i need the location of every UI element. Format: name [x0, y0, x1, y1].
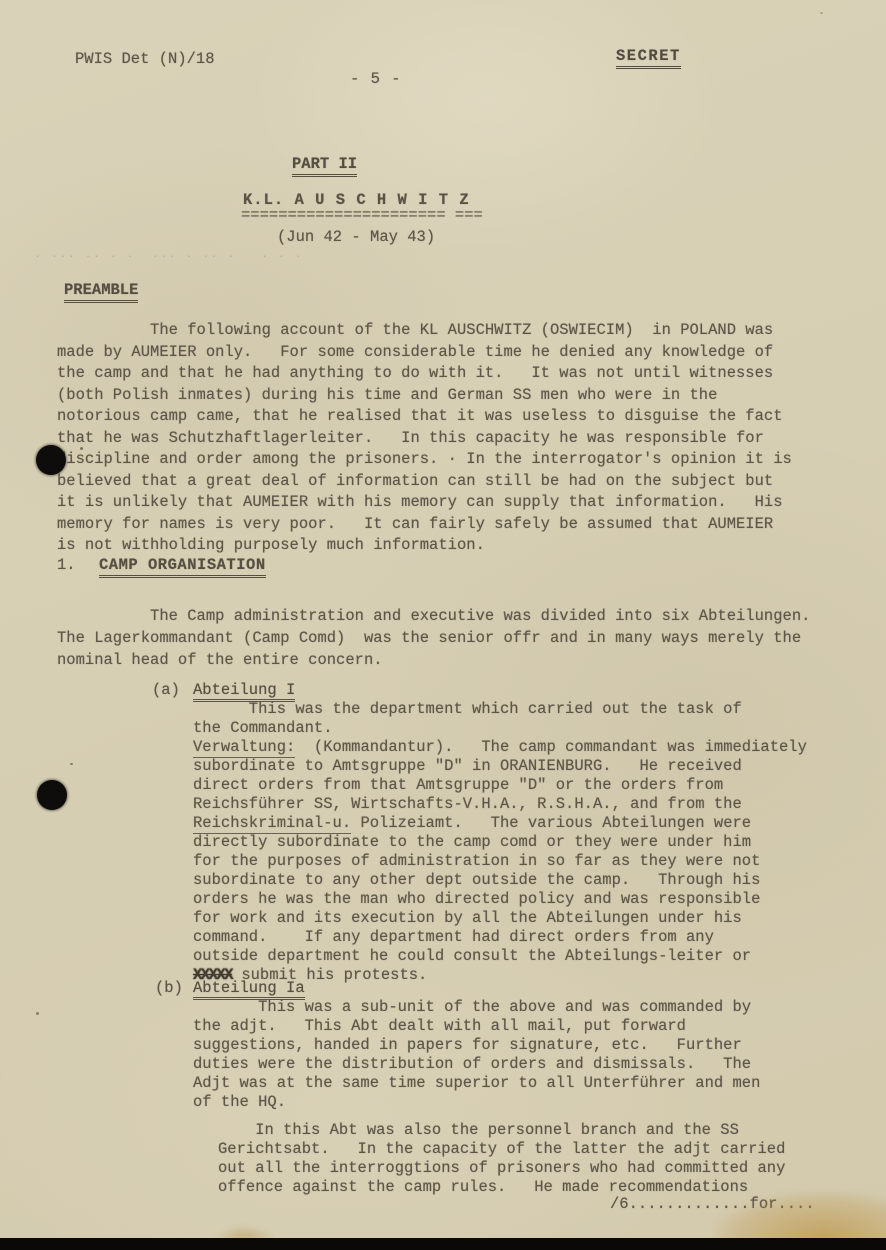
typed-line: for work and its execution by all the Ab… [193, 909, 807, 928]
subsection-b-heading: Abteilung Ia [193, 979, 305, 1000]
typed-line: Adjt was at the same time superior to al… [193, 1074, 760, 1093]
paper-stain [713, 1191, 886, 1243]
typed-line: Reichskriminal-u. Polizeiamt. The variou… [193, 814, 807, 833]
typed-line: In this Abt was also the personnel branc… [218, 1121, 785, 1140]
subsection-b-paragraph-2: In this Abt was also the personnel branc… [218, 1121, 785, 1197]
typed-line: directly subordinate to the camp comd or… [193, 833, 807, 852]
typed-line: command. If any department had direct or… [193, 928, 807, 947]
typed-line: outside department he could consult the … [193, 947, 807, 966]
typed-line: memory for names is very poor. It can fa… [57, 514, 792, 536]
typed-line: Reichsführer SS, Wirtschafts-V.H.A., R.S… [193, 795, 807, 814]
typed-line: subordinate to any other dept outside th… [193, 871, 807, 890]
typed-line: orders he was the man who directed polic… [193, 890, 807, 909]
bleed-through-dots: . ... .. . . ... . .. . . . . [35, 250, 304, 260]
camp-title-underline: ====================== === [241, 206, 483, 224]
typed-line: that he was Schutzhaftlagerleiter. In th… [57, 428, 792, 450]
classification-stamp: SECRET [616, 47, 681, 69]
page-number: - 5 - [350, 70, 402, 88]
paper-stain [215, 1225, 275, 1239]
subsection-a-heading: Abteilung I [193, 681, 295, 702]
typed-line: This was a sub-unit of the above and was… [193, 998, 760, 1017]
typed-line: duties were the distribution of orders a… [193, 1055, 760, 1074]
typed-line: out all the interroggtions of prisoners … [218, 1159, 785, 1178]
typed-line: of the HQ. [193, 1093, 760, 1112]
typed-line: The Camp administration and executive wa… [57, 605, 810, 627]
subsection-b-label: (b) [155, 979, 183, 997]
typed-line: (both Polish inmates) during his time an… [57, 385, 792, 407]
scan-edge-shadow [0, 1238, 886, 1250]
typed-line: direct orders from that Amtsgruppe "D" o… [193, 776, 807, 795]
paper-sheet: PWIS Det (N)/18 SECRET - 5 - PART II K.L… [0, 0, 886, 1239]
typed-line: nominal head of the entire concern. [57, 649, 810, 671]
typed-line: it is unlikely that AUMEIER with his mem… [57, 492, 792, 514]
typed-line: is not withholding purposely much inform… [57, 535, 792, 557]
typed-line: the camp and that he had anything to do … [57, 363, 792, 385]
typed-line: notorious camp came, that he realised th… [57, 406, 792, 428]
scanned-document-page: PWIS Det (N)/18 SECRET - 5 - PART II K.L… [0, 0, 886, 1250]
typed-line: The following account of the KL AUSCHWIT… [57, 320, 792, 342]
preamble-heading: PREAMBLE [64, 281, 138, 303]
section-intro-paragraph: The Camp administration and executive wa… [57, 605, 810, 671]
paper-speck [80, 447, 83, 450]
typed-line: the Commandant. [193, 719, 807, 738]
paper-speck [36, 1012, 39, 1015]
section-number: 1. [57, 556, 76, 574]
typed-line: the adjt. This Abt dealt with all mail, … [193, 1017, 760, 1036]
typed-line: This was the department which carried ou… [193, 700, 807, 719]
typed-line: made by AUMEIER only. For some considera… [57, 342, 792, 364]
typed-line: The Lagerkommandant (Camp Comd) was the … [57, 627, 810, 649]
typed-line: subordinate to Amtsgruppe "D" in ORANIEN… [193, 757, 807, 776]
hole-punch-mark [37, 780, 67, 810]
part-title: PART II [292, 155, 357, 177]
subsection-a-paragraph: This was the department which carried ou… [193, 700, 807, 985]
typed-line: Gerichtsabt. In the capacity of the latt… [218, 1140, 785, 1159]
date-range: (Jun 42 - May 43) [277, 228, 435, 246]
typed-line: believed that a great deal of informatio… [57, 471, 792, 493]
subsection-b-paragraph-1: This was a sub-unit of the above and was… [193, 998, 760, 1112]
paper-speck [820, 12, 823, 14]
typed-line: for the purposes of administration in so… [193, 852, 807, 871]
typed-line: suggestions, handed in papers for signat… [193, 1036, 760, 1055]
paper-speck [60, 540, 62, 542]
typed-line: discipline and order among the prisoners… [57, 449, 792, 471]
subsection-a-label: (a) [152, 681, 180, 699]
document-reference: PWIS Det (N)/18 [75, 50, 215, 68]
hole-punch-mark [36, 445, 66, 475]
section-heading: CAMP ORGANISATION [99, 556, 266, 578]
typed-line: Verwaltung: (Kommandantur). The camp com… [193, 738, 807, 757]
paper-speck [70, 763, 73, 765]
preamble-paragraph: The following account of the KL AUSCHWIT… [57, 320, 792, 557]
